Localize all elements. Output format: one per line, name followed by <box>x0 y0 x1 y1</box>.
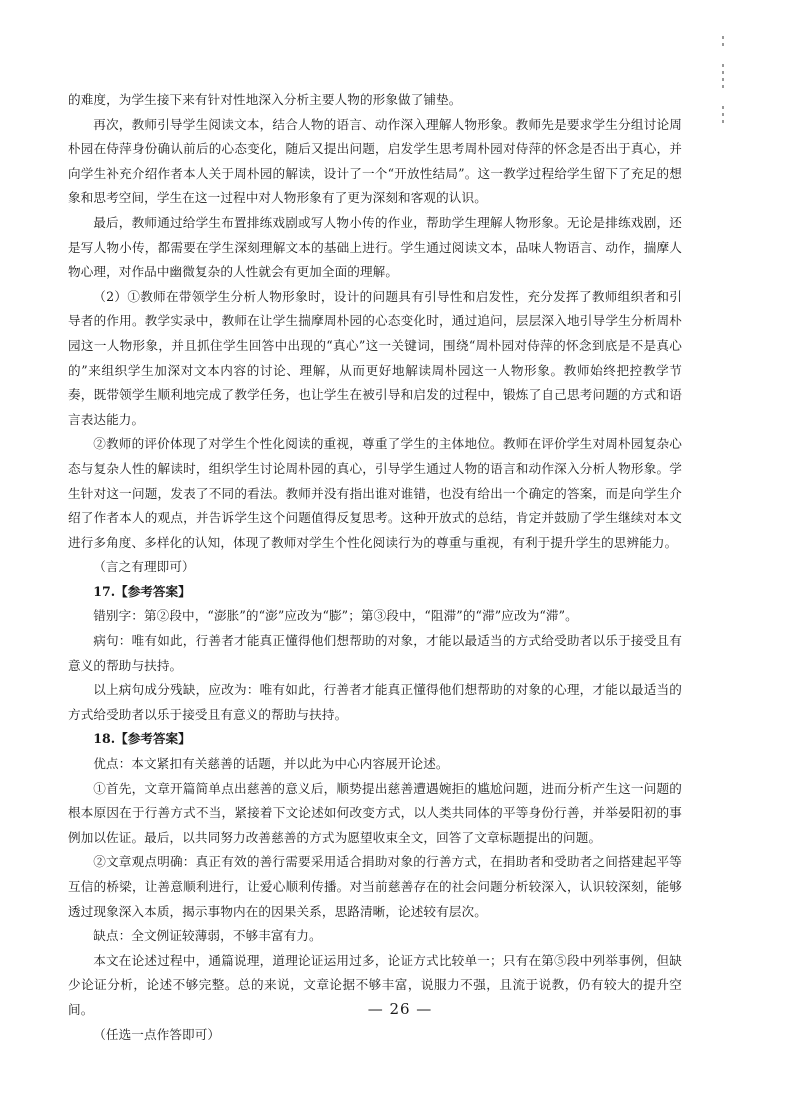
binding-marks <box>722 36 726 127</box>
document-body: 的难度，为学生接下来有针对性地深入分析主要人物的形象做了铺垫。 再次，教师引导学… <box>68 88 682 1047</box>
paragraph: 最后，教师通过给学生布置排练戏剧或写人物小传的作业，帮助学生理解人物形象。无论是… <box>68 211 682 285</box>
paragraph: ①首先，文章开篇简单点出慈善的意义后，顺势提出慈善遭遇婉拒的尴尬问题，进而分析产… <box>68 777 682 851</box>
page-number: — 26 — <box>0 1000 800 1018</box>
paragraph: 缺点：全文例证较薄弱，不够丰富有力。 <box>68 924 682 949</box>
paragraph: ②教师的评价体现了对学生个性化阅读的重视，尊重了学生的主体地位。教师在评价学生对… <box>68 432 682 555</box>
section-heading-17: 17.【参考答案】 <box>68 580 682 605</box>
paragraph: 以上病句成分残缺，应改为：唯有如此，行善者才能真正懂得他们想帮助的对象的心理，才… <box>68 678 682 727</box>
note: （言之有理即可） <box>68 555 682 580</box>
paragraph: 错别字：第②段中，“澎胀”的“澎”应改为“膨”；第③段中，“阻滞”的“滞”应改为… <box>68 604 682 629</box>
paragraph: 的难度，为学生接下来有针对性地深入分析主要人物的形象做了铺垫。 <box>68 88 682 113</box>
paragraph: （2）①教师在带领学生分析人物形象时，设计的问题具有引导性和启发性，充分发挥了教… <box>68 285 682 433</box>
paragraph: 优点：本文紧扣有关慈善的话题，并以此为中心内容展开论述。 <box>68 752 682 777</box>
note: （任选一点作答即可） <box>68 1023 682 1048</box>
section-heading-18: 18.【参考答案】 <box>68 727 682 752</box>
paragraph: 再次，教师引导学生阅读文本，结合人物的语言、动作深入理解人物形象。教师先是要求学… <box>68 113 682 211</box>
paragraph: ②文章观点明确：真正有效的善行需要采用适合捐助对象的行善方式，在捐助者和受助者之… <box>68 850 682 924</box>
paragraph: 病句：唯有如此，行善者才能真正懂得他们想帮助的对象，才能以最适当的方式给受助者以… <box>68 629 682 678</box>
